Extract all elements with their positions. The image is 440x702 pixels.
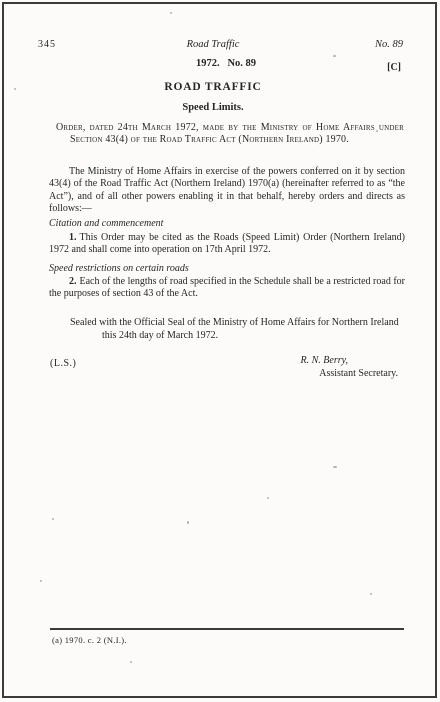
footnote-rule bbox=[50, 628, 404, 630]
scan-speck bbox=[333, 466, 337, 468]
document-subtitle: Speed Limits. bbox=[0, 102, 426, 113]
issue-line: 1972. No. 89 bbox=[49, 58, 403, 69]
order-recital: Order, dated 24th March 1972, made by th… bbox=[56, 122, 404, 147]
scan-speck bbox=[333, 55, 336, 57]
seal-mark: (L.S.) bbox=[50, 358, 76, 369]
signature-name: R. N. Berry, bbox=[301, 355, 349, 366]
scan-speck bbox=[52, 518, 54, 520]
running-number: No. 89 bbox=[375, 39, 403, 50]
intro-paragraph: The Ministry of Home Affairs in exercise… bbox=[49, 166, 405, 215]
scan-speck bbox=[187, 521, 189, 524]
section-text-2: Each of the lengths of road specified in… bbox=[49, 276, 405, 299]
section-number-1: 1. bbox=[69, 232, 77, 243]
section-heading-speed-restrictions: Speed restrictions on certain roads bbox=[49, 263, 189, 274]
document-title: ROAD TRAFFIC bbox=[0, 81, 426, 93]
section-text-1: This Order may be cited as the Roads (Sp… bbox=[49, 232, 405, 255]
corner-mark: [C] bbox=[387, 62, 401, 73]
scan-speck bbox=[267, 497, 269, 499]
scan-speck bbox=[170, 12, 172, 14]
sealing-clause: Sealed with the Official Seal of the Min… bbox=[70, 317, 404, 343]
footnote-citation: (a) 1970. c. 2 (N.I.). bbox=[52, 635, 127, 645]
scan-speck bbox=[376, 130, 378, 132]
scan-speck bbox=[40, 580, 42, 582]
scan-speck bbox=[370, 593, 372, 595]
scan-speck bbox=[14, 88, 16, 90]
scanned-document-page: 345 Road Traffic No. 89 1972. No. 89 [C]… bbox=[0, 0, 440, 702]
scan-speck bbox=[130, 661, 132, 663]
section-number-2: 2. bbox=[69, 276, 77, 287]
section-paragraph-1: 1.This Order may be cited as the Roads (… bbox=[49, 232, 405, 256]
running-title: Road Traffic bbox=[0, 39, 426, 50]
section-paragraph-2: 2.Each of the lengths of road specified … bbox=[49, 276, 405, 300]
signature-title: Assistant Secretary. bbox=[319, 368, 398, 379]
section-heading-citation: Citation and commencement bbox=[49, 218, 163, 229]
